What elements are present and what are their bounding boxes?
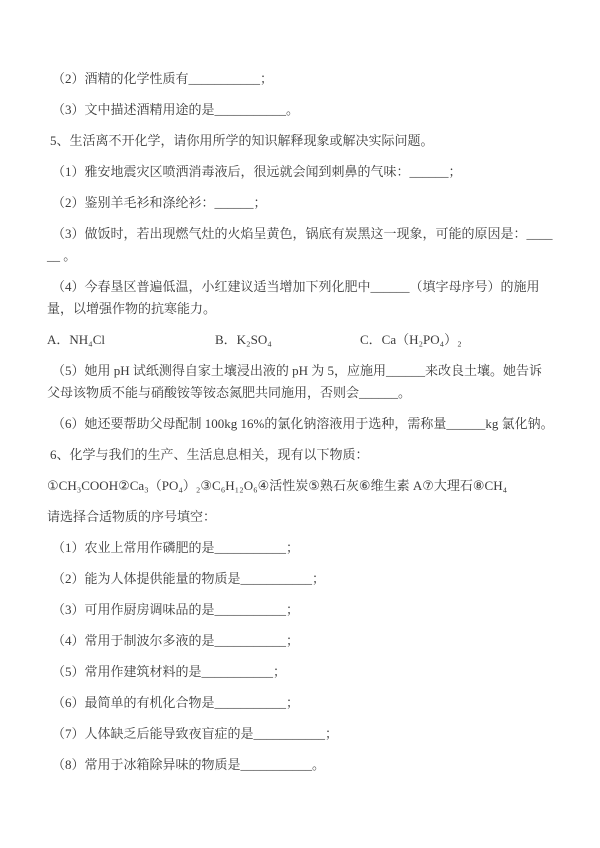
worksheet-content: （2）酒精的化学性质有___________； （3）文中描述酒精用途的是___… xyxy=(0,0,600,815)
fertilizer-option-a: A．NH₄Cl xyxy=(47,329,215,351)
q6-instruction: 请选择合适物质的序号填空： xyxy=(47,506,555,528)
fertilizer-option-b: B．K₂SO₄ xyxy=(215,329,360,351)
worksheet-page: （2）酒精的化学性质有___________； （3）文中描述酒精用途的是___… xyxy=(0,0,600,848)
q5-heading: 5、生活离不开化学，请你用所学的知识解释现象或解决实际问题。 xyxy=(47,130,555,152)
q6-item-night-blindness: （7）人体缺乏后能导致夜盲症的是___________； xyxy=(47,723,555,745)
q6-item-building-material: （5）常用作建筑材料的是___________； xyxy=(47,661,555,683)
q5-fertilizer-options-row: A．NH₄Cl B．K₂SO₄ C．Ca（H₂PO₄）₂ xyxy=(47,329,555,351)
fertilizer-option-c: C．Ca（H₂PO₄）₂ xyxy=(360,329,555,351)
q5-item-disinfectant-smell: （1）雅安地震灾区喷洒消毒液后，很远就会闻到刺鼻的气味：______； xyxy=(47,161,555,183)
q5-item-wool-vs-polyester: （2）鉴别羊毛衫和涤纶衫：______； xyxy=(47,192,555,214)
q6-item-kitchen-seasoning: （3）可用作厨房调味品的是___________； xyxy=(47,599,555,621)
q6-item-fridge-deodorant: （8）常用于冰箱除异味的物质是___________。 xyxy=(47,754,555,776)
q6-item-phosphate-fertilizer: （1）农业上常用作磷肥的是___________； xyxy=(47,537,555,559)
q6-item-energy-for-body: （2）能为人体提供能量的物质是___________； xyxy=(47,568,555,590)
q6-substance-list: ①CH₃COOH②Ca₃（PO₄）₂③C₆H₁₂O₆④活性炭⑤熟石灰⑥维生素 A… xyxy=(47,475,555,497)
q4-item-alcohol-chemical-properties: （2）酒精的化学性质有___________； xyxy=(47,68,555,90)
q5-item-yellow-flame: （3）做饭时，若出现燃气灶的火焰呈黄色，锅底有炭黑这一现象，可能的原因是：___… xyxy=(47,223,555,267)
q4-item-alcohol-uses: （3）文中描述酒精用途的是___________。 xyxy=(47,99,555,121)
q5-item-nacl-solution: （6）她还要帮助父母配制 100kg 16%的氯化钠溶液用于选种，需称量____… xyxy=(47,413,555,435)
q6-item-bordeaux-mixture: （4）常用于制波尔多液的是___________； xyxy=(47,630,555,652)
q6-heading: 6、化学与我们的生产、生活息息相关，现有以下物质： xyxy=(47,444,555,466)
q5-item-soil-ph: （5）她用 pH 试纸测得自家土壤浸出液的 pH 为 5，应施用______来改… xyxy=(47,360,555,404)
q6-item-simplest-organic: （6）最简单的有机化合物是___________； xyxy=(47,692,555,714)
q5-item-fertilizer-choice: （4）今春垦区普遍低温，小红建议适当增加下列化肥中______（填字母序号）的施… xyxy=(47,276,555,320)
